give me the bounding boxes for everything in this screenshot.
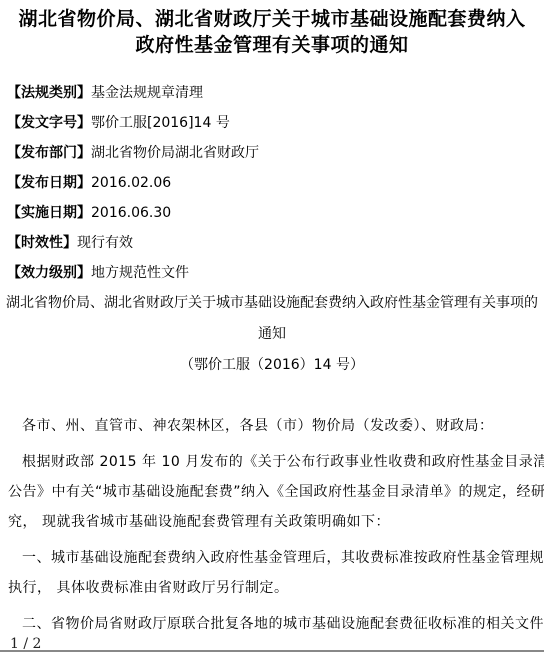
meta-label: 【效力级别】 <box>7 265 91 281</box>
meta-value: 基金法规规章清理 <box>91 85 203 101</box>
paragraph-item-2: 二、省物价局省财政厅原联合批复各地的城市基础设施配套费征收标准的相关文件 <box>8 609 536 639</box>
meta-value: 现行有效 <box>77 235 133 251</box>
meta-row-validity: 【时效性】现行有效 <box>7 228 544 258</box>
body-line: 一、城市基础设施配套费纳入政府性基金管理后，其收费标准按政府性基金管理规定 <box>8 543 536 573</box>
meta-label: 【法规类别】 <box>7 85 91 101</box>
document-page: { "header": { "title_line1": "湖北省物价局、湖北省… <box>0 0 544 660</box>
page-footer: 1 / 2 <box>0 636 544 652</box>
meta-row-effective-date: 【实施日期】2016.06.30 <box>7 198 544 228</box>
paragraph-salutation: 各市、州、直管市、神农架林区，各县（市）物价局（发改委）、财政局： <box>8 411 536 441</box>
body-line: 执行， 具体收费标准由省财政厅另行制定。 <box>8 573 536 603</box>
meta-label: 【实施日期】 <box>7 205 91 221</box>
body-line: 根据财政部 2015 年 10 月发布的《关于公布行政事业性收费和政府性基金目录… <box>8 447 536 477</box>
meta-value: 2016.06.30 <box>91 205 171 221</box>
page-title: 湖北省物价局、湖北省财政厅关于城市基础设施配套费纳入 政府性基金管理有关事项的通… <box>0 0 544 58</box>
body-line: 公告》中有关“城市基础设施配套费”纳入《全国政府性基金目录清单》的规定，经研 <box>8 477 536 507</box>
document-heading-line-1: 湖北省物价局、湖北省财政厅关于城市基础设施配套费纳入政府性基金管理有关事项的 <box>0 288 544 319</box>
meta-label: 【发布部门】 <box>7 145 91 161</box>
meta-value: 湖北省物价局湖北省财政厅 <box>91 145 259 161</box>
meta-row-issue-date: 【发布日期】2016.02.06 <box>7 168 544 198</box>
body-line: 二、省物价局省财政厅原联合批复各地的城市基础设施配套费征收标准的相关文件 <box>8 609 536 639</box>
document-number: （鄂价工服（2016）14 号） <box>0 350 544 381</box>
meta-row-category: 【法规类别】基金法规规章清理 <box>7 78 544 108</box>
meta-value: 鄂价工服[2016]14 号 <box>91 115 230 131</box>
meta-label: 【发布日期】 <box>7 175 91 191</box>
body-line: 各市、州、直管市、神农架林区，各县（市）物价局（发改委）、财政局： <box>8 411 536 441</box>
meta-row-document-number: 【发文字号】鄂价工服[2016]14 号 <box>7 108 544 138</box>
document-heading-line-2: 通知 <box>0 319 544 350</box>
page-title-line-2: 政府性基金管理有关事项的通知 <box>0 32 544 58</box>
meta-row-legal-level: 【效力级别】地方规范性文件 <box>7 258 544 288</box>
document-heading: 湖北省物价局、湖北省财政厅关于城市基础设施配套费纳入政府性基金管理有关事项的 通… <box>0 288 544 381</box>
meta-label: 【时效性】 <box>7 235 77 251</box>
paragraph-item-1: 一、城市基础设施配套费纳入政府性基金管理后，其收费标准按政府性基金管理规定 执行… <box>8 543 536 603</box>
page-title-line-1: 湖北省物价局、湖北省财政厅关于城市基础设施配套费纳入 <box>0 6 544 32</box>
meta-label: 【发文字号】 <box>7 115 91 131</box>
body-line: 究， 现就我省城市基础设施配套费管理有关政策明确如下： <box>8 507 536 537</box>
document-body: 各市、州、直管市、神农架林区，各县（市）物价局（发改委）、财政局： 根据财政部 … <box>0 411 544 639</box>
meta-value: 地方规范性文件 <box>91 265 189 281</box>
meta-value: 2016.02.06 <box>91 175 171 191</box>
paragraph-preamble: 根据财政部 2015 年 10 月发布的《关于公布行政事业性收费和政府性基金目录… <box>8 447 536 537</box>
meta-row-issuing-department: 【发布部门】湖北省物价局湖北省财政厅 <box>7 138 544 168</box>
metadata-section: 【法规类别】基金法规规章清理 【发文字号】鄂价工服[2016]14 号 【发布部… <box>0 78 544 288</box>
page-indicator: 1 / 2 <box>10 636 41 652</box>
